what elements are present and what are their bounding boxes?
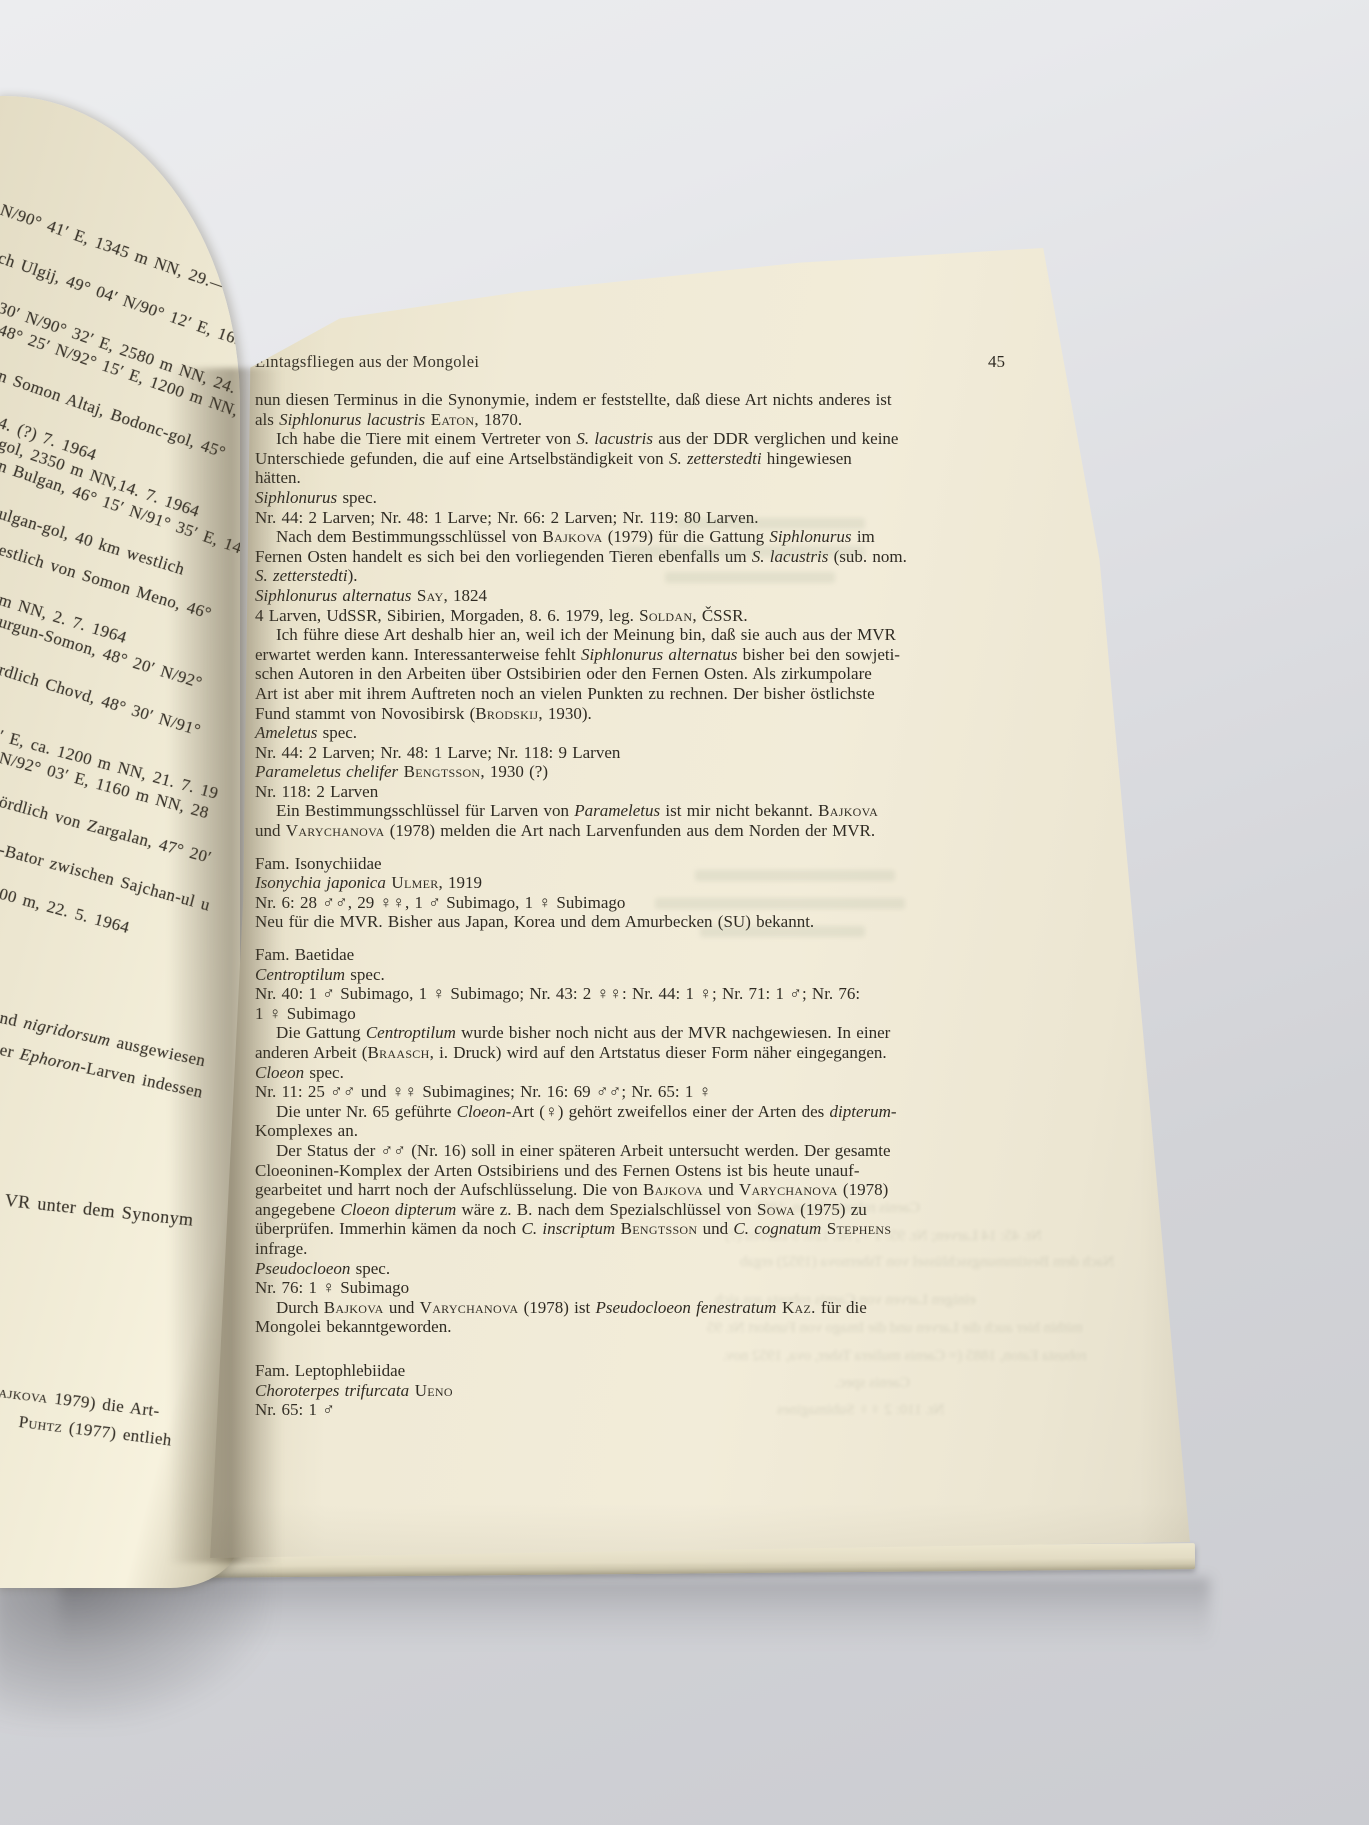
- text-segment: Eaton: [425, 410, 474, 429]
- text-line: Neu für die MVR. Bisher aus Japan, Korea…: [255, 912, 1055, 932]
- text-line: Fernen Osten handelt es sich bei den vor…: [255, 547, 1055, 567]
- text-segment: , 1919: [439, 873, 483, 892]
- text-segment: spec.: [350, 1259, 390, 1278]
- text-line: Nach dem Bestimmungsschlüssel von Bajkov…: [255, 527, 1055, 547]
- text-segment: Varychanova: [286, 821, 385, 840]
- text-segment: Siphlonurus alternatus: [581, 645, 737, 664]
- text-segment: Parameletus chelifer: [255, 762, 398, 781]
- text-segment: (1978) melden die Art nach Larvenfunden …: [384, 821, 875, 840]
- right-page: Caenis robusta Eaton, 1885Nr. 45: 14 Lar…: [195, 240, 1200, 1570]
- text-segment: Nr. 118: 2 Larven: [255, 782, 378, 801]
- text-segment: nun diesen Terminus in die Synonymie, in…: [255, 390, 892, 409]
- text-segment: (1975) zu: [795, 1200, 867, 1219]
- text-segment: Mongolei bekanntgeworden.: [255, 1317, 451, 1336]
- text-segment: -Art (♀) gehört zweifellos einer der Art…: [506, 1102, 830, 1121]
- text-segment: wäre z. B. nach dem Spezialschlüssel von: [456, 1200, 757, 1219]
- text-segment: Centroptilum: [255, 965, 345, 984]
- text-segment: spec.: [317, 723, 357, 742]
- text-segment: dipterum: [830, 1102, 891, 1121]
- text-segment: Braasch: [367, 1043, 429, 1062]
- text-segment: 4 Larven, UdSSR, Sibirien, Morgaden, 8. …: [255, 606, 639, 625]
- text-line: als Siphlonurus lacustris Eaton, 1870.: [255, 410, 1055, 430]
- text-segment: Siphlonurus lacustris: [279, 410, 425, 429]
- text-line: Cloeon spec.: [255, 1063, 1055, 1083]
- text-segment: , i. Druck) wird auf den Artstatus diese…: [430, 1043, 887, 1062]
- text-segment: , 1824: [444, 586, 488, 605]
- text-segment: nigridorsum: [22, 1013, 113, 1050]
- text-line: 1 ♀ Subimago: [255, 1004, 1055, 1024]
- text-line: Siphlonurus spec.: [255, 488, 1055, 508]
- text-segment: Komplexes an.: [255, 1121, 358, 1140]
- text-segment: Sowa: [757, 1200, 795, 1219]
- text-segment: Die Gattung: [276, 1023, 366, 1042]
- text-segment: Cloeon: [255, 1063, 304, 1082]
- text-line: und Varychanova (1978) melden die Art na…: [255, 821, 1055, 841]
- running-title: Eintagsfliegen aus der Mongolei: [255, 352, 479, 372]
- text-segment: aus der DDR verglichen und keine: [653, 429, 899, 448]
- text-segment: Fund stammt von Novosibirsk (: [255, 704, 475, 723]
- text-line: Mongolei bekanntgeworden.: [255, 1317, 1055, 1337]
- text-line: Cloeoninen-Komplex der Arten Ostsibirien…: [255, 1161, 1055, 1181]
- text-segment: , 1870.: [474, 410, 522, 429]
- text-segment: schen Autoren in den Arbeiten über Ostsi…: [255, 664, 872, 683]
- text-segment: 1 ♀ Subimago: [255, 1004, 356, 1023]
- text-segment: Cloeoninen-Komplex der Arten Ostsibirien…: [255, 1161, 859, 1180]
- text-line: Nr. 118: 2 Larven: [255, 782, 1055, 802]
- text-segment: , 1930).: [538, 704, 591, 723]
- text-line: gearbeitet und harrt noch der Aufschlüss…: [255, 1180, 1055, 1200]
- text-segment: Kaz.: [776, 1298, 815, 1317]
- text-segment: Neu für die MVR. Bisher aus Japan, Korea…: [255, 912, 814, 931]
- text-segment: ausgewiesen: [109, 1031, 208, 1070]
- text-segment: Say: [411, 586, 443, 605]
- left-page: D.N/90° 41′ E, 1345 m NN, 29.—30. 7.ch U…: [0, 96, 240, 1588]
- text-line: Choroterpes trifurcata Ueno: [255, 1381, 1055, 1401]
- text-segment: anderen Arbeit (: [255, 1043, 367, 1062]
- text-segment: für die: [816, 1298, 867, 1317]
- text-segment: Nr. 11: 25 ♂♂ und ♀♀ Subimagines; Nr. 16…: [255, 1082, 711, 1101]
- text-segment: VR unter dem Synonym: [4, 1190, 195, 1230]
- text-line: Ameletus spec.: [255, 723, 1055, 743]
- text-line: hätten.: [255, 468, 1055, 488]
- text-segment: gearbeitet und harrt noch der Aufschlüss…: [255, 1180, 643, 1199]
- text-segment: (1978): [838, 1180, 889, 1199]
- text-segment: Siphlonurus alternatus: [255, 586, 411, 605]
- text-segment: Art ist aber mit ihrem Auftreten noch an…: [255, 684, 875, 703]
- left-page-fragment: VR unter dem Synonym: [4, 1190, 195, 1231]
- text-line: Der Status der ♂♂ (Nr. 16) soll in einer…: [255, 1141, 1055, 1161]
- text-segment: Stephens: [821, 1219, 891, 1238]
- text-line: Nr. 44: 2 Larven; Nr. 48: 1 Larve; Nr. 6…: [255, 508, 1055, 528]
- text-line: nun diesen Terminus in die Synonymie, in…: [255, 390, 1055, 410]
- text-line: Parameletus chelifer Bengtsson, 1930 (?): [255, 762, 1055, 782]
- text-line: Nr. 11: 25 ♂♂ und ♀♀ Subimagines; Nr. 16…: [255, 1082, 1055, 1102]
- text-line: Nr. 65: 1 ♂: [255, 1400, 1055, 1420]
- text-segment: und: [703, 1180, 739, 1199]
- text-segment: Der Status der ♂♂ (Nr. 16) soll in einer…: [276, 1141, 891, 1160]
- text-segment: Nr. 40: 1 ♂ Subimago, 1 ♀ Subimago; Nr. …: [255, 984, 860, 1003]
- body-text: nun diesen Terminus in die Synonymie, in…: [255, 390, 1055, 1420]
- text-segment: ajkova: [0, 1382, 49, 1407]
- text-segment: Pseudocloeon fenestratum: [596, 1298, 777, 1317]
- text-segment: (1977) entlieh: [61, 1417, 173, 1449]
- text-segment: Soldan: [639, 606, 692, 625]
- text-line: Fam. Baetidae: [255, 945, 1055, 965]
- text-segment: Parameletus: [574, 801, 660, 820]
- text-segment: Ueno: [409, 1381, 453, 1400]
- text-segment: Isonychia japonica: [255, 873, 386, 892]
- text-segment: -: [891, 1102, 897, 1121]
- text-segment: Ulmer: [386, 873, 439, 892]
- text-segment: 00 m, 22. 5. 1964: [0, 884, 132, 937]
- text-segment: Centroptilum: [366, 1023, 456, 1042]
- text-segment: Durch: [276, 1298, 324, 1317]
- text-segment: hingewiesen: [762, 449, 852, 468]
- text-line: Nr. 40: 1 ♂ Subimago, 1 ♀ Subimago; Nr. …: [255, 984, 1055, 1004]
- text-segment: C. cognatum: [733, 1219, 821, 1238]
- text-segment: angegebene: [255, 1200, 340, 1219]
- text-segment: Nr. 65: 1 ♂: [255, 1400, 335, 1419]
- text-line: Centroptilum spec.: [255, 965, 1055, 985]
- text-line: Ein Bestimmungsschlüssel für Larven von …: [255, 801, 1055, 821]
- text-line: anderen Arbeit (Braasch, i. Druck) wird …: [255, 1043, 1055, 1063]
- text-line: Nr. 44: 2 Larven; Nr. 48: 1 Larve; Nr. 1…: [255, 743, 1055, 763]
- text-segment: S. zetterstedti: [669, 449, 762, 468]
- text-segment: (1978) ist: [518, 1298, 595, 1317]
- text-segment: Die unter Nr. 65 geführte: [276, 1102, 457, 1121]
- text-segment: überprüfen. Immerhin kämen da noch: [255, 1219, 522, 1238]
- text-segment: Fam. Isonychiidae: [255, 854, 382, 873]
- text-segment: Ameletus: [255, 723, 317, 742]
- text-segment: Varychanova: [739, 1180, 838, 1199]
- text-line: infrage.: [255, 1239, 1055, 1259]
- text-segment: S. zetterstedti: [255, 566, 348, 585]
- text-segment: spec.: [345, 965, 385, 984]
- text-segment: Ich führe diese Art deshalb hier an, wei…: [276, 625, 896, 644]
- text-segment: S. lacustris: [576, 429, 653, 448]
- book-photo: D.N/90° 41′ E, 1345 m NN, 29.—30. 7.ch U…: [0, 0, 1369, 1825]
- text-segment: Cloeon dipterum: [340, 1200, 456, 1219]
- text-segment: und: [697, 1219, 733, 1238]
- text-segment: spec.: [337, 488, 377, 507]
- left-page-fragment: 00 m, 22. 5. 1964: [0, 884, 132, 938]
- text-line: Siphlonurus alternatus Say, 1824: [255, 586, 1055, 606]
- text-segment: als: [255, 410, 279, 429]
- text-segment: , 1930 (?): [480, 762, 548, 781]
- text-line: Ich führe diese Art deshalb hier an, wei…: [255, 625, 1055, 645]
- text-segment: und: [384, 1298, 420, 1317]
- text-segment: Fam. Leptophlebiidae: [255, 1361, 405, 1380]
- text-segment: spec.: [304, 1063, 344, 1082]
- text-segment: C. inscriptum: [522, 1219, 616, 1238]
- text-segment: Unterschiede gefunden, die auf eine Arts…: [255, 449, 669, 468]
- text-segment: Bengtsson: [398, 762, 480, 781]
- text-line: Art ist aber mit ihrem Auftreten noch an…: [255, 684, 1055, 704]
- text-segment: Nr. 6: 28 ♂♂, 29 ♀♀, 1 ♂ Subimago, 1 ♀ S…: [255, 893, 625, 912]
- text-line: angegebene Cloeon dipterum wäre z. B. na…: [255, 1200, 1055, 1220]
- text-segment: Ein Bestimmungsschlüssel für Larven von: [276, 801, 574, 820]
- text-line: Fund stammt von Novosibirsk (Brodskij, 1…: [255, 704, 1055, 724]
- text-line: Fam. Isonychiidae: [255, 854, 1055, 874]
- text-segment: wurde bisher noch nicht aus der MVR nach…: [456, 1023, 890, 1042]
- text-line: Die Gattung Centroptilum wurde bisher no…: [255, 1023, 1055, 1043]
- text-segment: Brodskij: [475, 704, 538, 723]
- text-segment: und: [255, 821, 286, 840]
- text-segment: Choroterpes trifurcata: [255, 1381, 409, 1400]
- text-segment: Ephoron: [18, 1044, 82, 1075]
- text-segment: , ČSSR.: [692, 606, 747, 625]
- text-segment: Siphlonurus: [769, 527, 851, 546]
- text-segment: Nr. 44: 2 Larven; Nr. 48: 1 Larve; Nr. 1…: [255, 743, 620, 762]
- text-segment: Pseudocloeon: [255, 1259, 350, 1278]
- text-segment: Bengtsson: [615, 1219, 697, 1238]
- text-line: Komplexes an.: [255, 1121, 1055, 1141]
- text-segment: Puhtz: [18, 1412, 64, 1436]
- text-segment: Bajkova: [324, 1298, 384, 1317]
- text-segment: Nr. 44: 2 Larven; Nr. 48: 1 Larve; Nr. 6…: [255, 508, 758, 527]
- text-line: Die unter Nr. 65 geführte Cloeon-Art (♀)…: [255, 1102, 1055, 1122]
- text-segment: infrage.: [255, 1239, 307, 1258]
- text-segment: 1979) die Art-: [47, 1388, 161, 1421]
- text-line: Ich habe die Tiere mit einem Vertreter v…: [255, 429, 1055, 449]
- text-segment: Nach dem Bestimmungsschlüssel von: [276, 527, 543, 546]
- text-segment: erwartet werden kann. Interessanterweise…: [255, 645, 581, 664]
- text-line: erwartet werden kann. Interessanterweise…: [255, 645, 1055, 665]
- text-segment: im: [852, 527, 875, 546]
- text-line: Unterschiede gefunden, die auf eine Arts…: [255, 449, 1055, 469]
- text-line: S. zetterstedti).: [255, 566, 1055, 586]
- text-segment: Fam. Baetidae: [255, 945, 354, 964]
- text-segment: ).: [348, 566, 358, 585]
- text-line: 4 Larven, UdSSR, Sibirien, Morgaden, 8. …: [255, 606, 1055, 626]
- text-segment: Cloeon: [457, 1102, 506, 1121]
- text-line: Fam. Leptophlebiidae: [255, 1361, 1055, 1381]
- text-segment: (1979) für die Gattung: [602, 527, 769, 546]
- text-segment: bisher bei den sowjeti-: [737, 645, 900, 664]
- text-segment: (sub. nom.: [828, 547, 907, 566]
- text-segment: Bajkova: [543, 527, 603, 546]
- text-segment: Bajkova: [818, 801, 878, 820]
- text-segment: S. lacustris: [752, 547, 829, 566]
- text-line: schen Autoren in den Arbeiten über Ostsi…: [255, 664, 1055, 684]
- text-segment: Ich habe die Tiere mit einem Vertreter v…: [276, 429, 576, 448]
- text-line: Nr. 76: 1 ♀ Subimago: [255, 1278, 1055, 1298]
- text-segment: Nr. 76: 1 ♀ Subimago: [255, 1278, 409, 1297]
- text-segment: Bajkova: [643, 1180, 703, 1199]
- text-segment: Siphlonurus: [255, 488, 337, 507]
- text-segment: hätten.: [255, 468, 301, 487]
- text-line: Pseudocloeon spec.: [255, 1259, 1055, 1279]
- page-number: 45: [988, 352, 1035, 372]
- text-line: Nr. 6: 28 ♂♂, 29 ♀♀, 1 ♂ Subimago, 1 ♀ S…: [255, 893, 1055, 913]
- text-segment: Fernen Osten handelt es sich bei den vor…: [255, 547, 752, 566]
- text-segment: Varychanova: [420, 1298, 519, 1317]
- text-line: Durch Bajkova und Varychanova (1978) ist…: [255, 1298, 1055, 1318]
- page-header: Eintagsfliegen aus der Mongolei 45: [255, 352, 1035, 372]
- text-line: Isonychia japonica Ulmer, 1919: [255, 873, 1055, 893]
- text-line: überprüfen. Immerhin kämen da noch C. in…: [255, 1219, 1055, 1239]
- text-segment: ist mir nicht bekannt.: [660, 801, 818, 820]
